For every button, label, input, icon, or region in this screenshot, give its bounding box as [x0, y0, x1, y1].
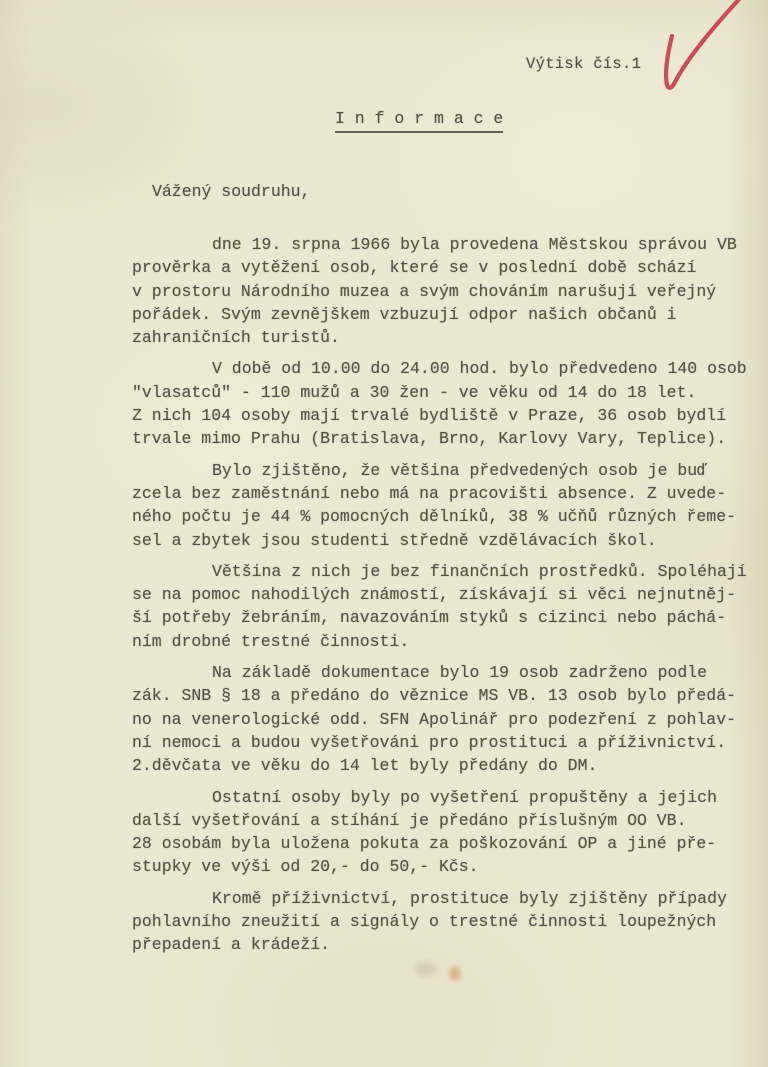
document-page: Výtisk čís.1 I n f o r m a c e Vážený so…	[0, 0, 768, 1067]
salutation: Vážený soudruhu,	[152, 180, 310, 203]
document-title: I n f o r m a c e	[335, 109, 503, 133]
paragraph-2: V době od 10.00 do 24.00 hod. bylo předv…	[132, 357, 748, 450]
paragraph-4: Většina z nich je bez finančních prostře…	[132, 560, 748, 653]
document-body: dne 19. srpna 1966 byla provedena Městsk…	[132, 233, 748, 957]
ink-smudge	[449, 966, 461, 981]
paragraph-6: Ostatní osoby byly po vyšetření propuště…	[132, 786, 748, 879]
paragraph-7: Kromě příživnictví, prostituce byly zjiš…	[132, 887, 748, 957]
copy-number: Výtisk čís.1	[526, 55, 641, 73]
paragraph-3: Bylo zjištěno, že většina předvedených o…	[132, 459, 748, 552]
ink-smudge	[415, 962, 437, 976]
paragraph-1: dne 19. srpna 1966 byla provedena Městsk…	[132, 233, 748, 349]
red-checkmark-icon	[630, 0, 755, 99]
paragraph-5: Na základě dokumentace bylo 19 osob zadr…	[132, 661, 748, 777]
